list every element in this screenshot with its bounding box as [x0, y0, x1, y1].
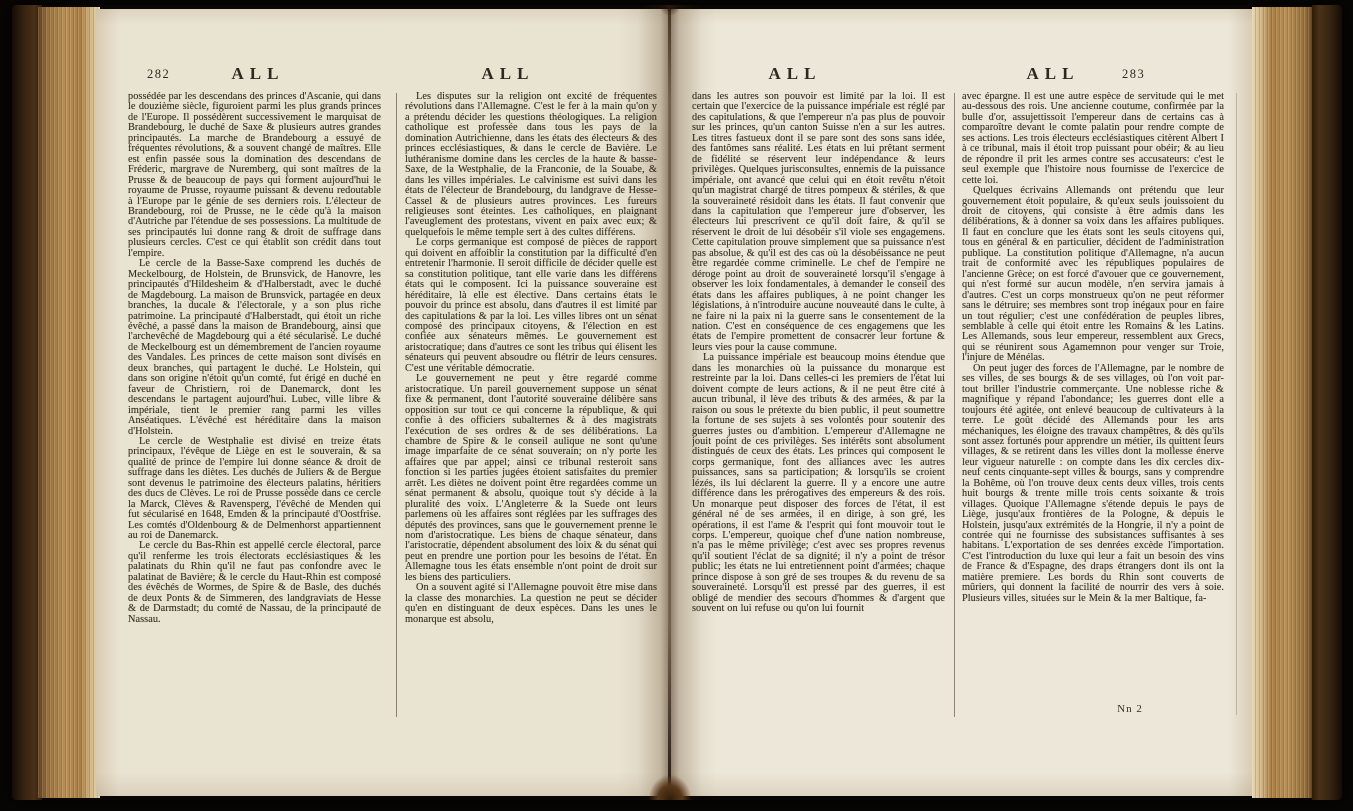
column-divider-rule-right	[954, 93, 955, 717]
running-head-left-col1: ALL	[232, 64, 285, 84]
text-column-4: avec épargne. Il est une autre espèce de…	[962, 92, 1224, 712]
paragraph: Le gouvernement ne peut y être regardé c…	[405, 374, 657, 583]
paragraph: On a souvent agité si l'Allemagne pouvoi…	[405, 583, 657, 625]
signature-mark: Nn 2	[1100, 703, 1160, 715]
running-head-right-col2: ALL	[1027, 64, 1080, 84]
paragraph: dans les autres son pouvoir est limité p…	[692, 92, 945, 353]
paragraph: Le cercle du Bas-Rhin est appellé cercle…	[128, 541, 381, 625]
right-page: ALL ALL 283 dans les autres son pouvoir …	[670, 9, 1252, 796]
outer-margin-crease	[1236, 93, 1237, 715]
paragraph: Le cercle de la Basse-Saxe comprend les …	[128, 259, 381, 437]
open-book: 282 ALL ALL possédée par les descendans …	[12, 5, 1342, 800]
left-page: 282 ALL ALL possédée par les descendans …	[96, 9, 670, 796]
book-cover-right-edge	[1312, 5, 1342, 800]
text-column-3: dans les autres son pouvoir est limité p…	[692, 92, 945, 714]
page-number-right: 283	[1122, 67, 1145, 82]
paragraph: La puissance impériale est beaucoup moin…	[692, 353, 945, 614]
paragraph: avec épargne. Il est une autre espèce de…	[962, 92, 1224, 186]
page-fore-edges-left	[38, 7, 100, 798]
paragraph: On peut juger des forces de l'Allemagne,…	[962, 364, 1224, 604]
paragraph: Le cercle de Westphalie est divisé en tr…	[128, 437, 381, 542]
text-column-1: possédée par les descendans des princes …	[128, 92, 381, 714]
page-fore-edges-right	[1252, 7, 1314, 798]
paragraph: Quelques écrivains Allemands ont prétend…	[962, 186, 1224, 364]
page-number-left: 282	[147, 67, 170, 82]
running-head-left-col2: ALL	[482, 64, 535, 84]
running-head-right-col1: ALL	[769, 64, 822, 84]
column-divider-rule-left	[396, 93, 397, 717]
paragraph: Le corps germanique est composé de pièce…	[405, 238, 657, 374]
text-column-2: Les disputes sur la religion ont excité …	[405, 92, 657, 714]
paragraph: Les disputes sur la religion ont excité …	[405, 92, 657, 238]
paragraph: possédée par les descendans des princes …	[128, 92, 381, 259]
